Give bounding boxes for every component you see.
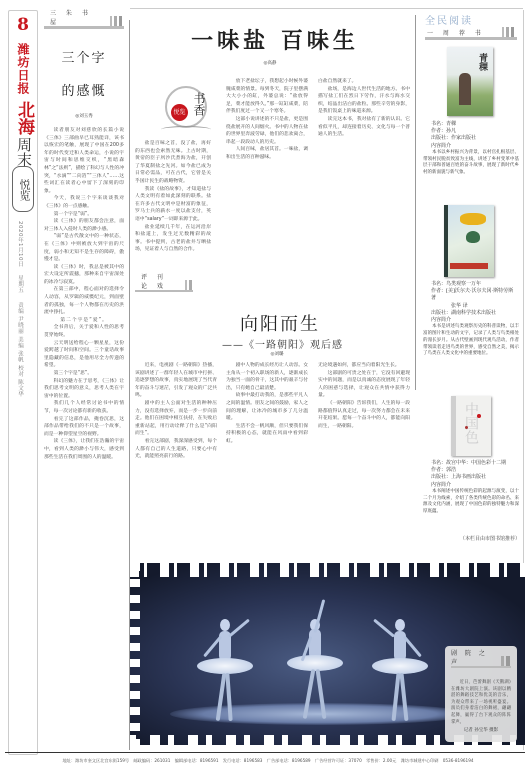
footer-ad-phone: 广告部电话：8196589 [267,758,311,763]
footer-price: 零售价：2.00元 [366,758,396,763]
theater-note-box: 剧 院 之 声 近日，芭蕾舞剧《天鹅湖》在潍坊大剧院上演。该剧以精湛的舞蹈技艺和… [445,646,517,742]
red-dot-icon [477,414,481,418]
paragraph: 科幻的魅力在于思考，《三体》让我们思考文明的意义，思考人类在宇宙中的位置。 [44,378,124,401]
dancer-figure [195,613,255,723]
paragraph: 故事中最打动我的，是那些平凡人之间的温情。朋友之间的鼓励，家人之间的理解，让冰冷… [226,392,308,422]
section-badge: 悦览 [12,166,34,212]
footer-postcode: 邮政编码：261031 [133,758,170,763]
paragraph: 全书背后，关于爱和人性的思考贯穿始终。 [44,324,124,339]
cover-title: 中国色 [461,402,481,444]
paragraph: 看完了这部作品，掩卷沉思，这部作品带给我们的不只是一个故事，而是一种仰望星空的视… [44,416,124,439]
cover-banner [450,263,488,269]
footer-ad-license: 广告经营许可证：37070 [315,758,362,763]
logo-red-seal: 悦览 [171,104,188,121]
article-body: 读者朋友对刘慈欣的长篇小说《三体》三部曲早已耳熟能详，该书以恢宏的笔触，展现了中… [44,127,124,755]
page-number: 8 [9,15,37,35]
paragraph: 《一路朝阳》告诉我们，人生的每一段路都值得认真走过，每一次努力都会在未来开花结果… [318,400,410,430]
column-divider [415,15,416,390]
paragraph: 在第三部中，程心面对的选择令人动容，从罗辑的威慑纪元，到面壁者的孤独，每一个人物… [44,286,124,316]
edition-red: 北海 [13,101,33,135]
book-translator: 张华 译 [423,303,519,310]
skyline-icon [497,27,517,37]
issue-weekday: 星期五 [17,275,23,293]
paragraph: 读者朋友对刘慈欣的长篇小说《三体》三部曲早已耳熟能详，该书以恢宏的笔触，展现了中… [44,127,124,195]
book-intro: 本书是讲述鸟类观察历史的科普读物，以丰富的图片和生动的文字，记录了人类与鸟类相处… [423,324,519,358]
section-band: 剧 院 之 声 [451,654,511,668]
review-subtitle: ——《一路朝阳》观后感 [222,336,372,351]
feature-byline: ◎高静 [250,60,290,66]
ballet-photo: 剧 院 之 声 近日，芭蕾舞剧《天鹅湖》在潍坊大剧院上演。该剧以精湛的舞蹈技艺和… [130,563,525,745]
footer-editorial-phone: 编辑部电话：8196591 [175,758,219,763]
dancer-figure [370,613,430,723]
paragraph: 读《三体》，让我们在浩瀚的宇宙中，看到人类的渺小与伟大，感受到那些生活在我们周围… [44,438,124,461]
paragraph: 盐场，是海边人世代生活的地方。书中描写盐工们在烈日下劳作，汗水与海水交织，结晶出… [318,86,410,116]
brush-edge [130,563,525,577]
footer-address: 地址：潍坊市奎文区北宫东街159号 [62,758,129,763]
book-info: 书名：青稞 作者：孙凡 出版社：作家出版社 内容简介 本书以乡村振兴为背景，以村… [423,121,519,177]
paragraph: 这部剧的可贵之处在于，它没有回避现实中的问题，而是以真诚的态度展现了年轻人的困惑… [318,370,410,400]
book-info: 书名：鸟类观察一万年 作者：[美]沃尔夫·沃尔夫冈·斯特劳斯 著 张华 译 出版… [423,281,519,358]
paper-name: 潍坊日报 [16,41,30,97]
masthead: 8 潍坊日报 北海 周末 悦览 2020年1月10日 星期五 责编 尹晓丽 美编… [8,10,38,755]
book-cover-qingke: 青稞 [447,47,493,116]
logo-text: 书香 [191,92,208,116]
paragraph: 近来，电视剧《一路朝阳》热播，该剧讲述了一群年轻人在城市中打拼、追逐梦想的故事，… [135,362,217,400]
section-band-label: 评 刊 论 戏 [141,272,180,290]
footer-rule [5,752,525,753]
review-title: 向阳而生 [220,310,340,336]
paragraph: 第二个字是“爱”。 [44,317,124,325]
edition-title: 北海 周末 [9,101,37,167]
book-publisher: 出版社：上海书画出版社 [423,474,519,481]
review-byline: ◎刘璐 [262,351,292,357]
right-section-header: 全民阅读 一 周 荐 书 [425,12,517,40]
paragraph: 第一个字是“弱”。 [44,211,124,219]
feature-column-2: 放下老盐坛子，我想起小时候外婆腌咸菜的情景。每到冬天，院子里摆满大大小小的缸，外… [226,78,308,265]
book-intro-label: 内容简介 [423,482,519,489]
left-article: 三 朱 书 屋 三个字 的感慨 ◎刘玉秀 读者朋友对刘慈欣的长篇小说《三体》三部… [44,14,124,755]
paragraph: 剧中的主人公面对生活的种种压力，没有选择放弃，而是一步一步向前走。他们在困境中相… [135,400,217,438]
article-title-line2: 的感慨 [44,80,124,99]
paragraph: 剧中人物的成长经历让人动容。女主角从一个初入职场的新人，逐渐成长为独当一面的骨干… [226,362,308,392]
photo-credit: 记者 孙宝华 摄影 [445,727,517,733]
paragraph: 读《三体》的朋友都会注意，面对三体人入侵时人类的渺小感。 [44,218,124,233]
byline: ◎刘玉秀 [44,113,124,119]
cover-title: 青稞 [476,53,489,71]
issue-meta: 2020年1月10日 星期五 责编 尹晓丽 美编 张帆 校对 陈文华 [16,221,24,403]
skyline-icon [497,656,511,666]
paragraph: 盐业延续几千年，在运河沿岸和盐道上，发生过无数精彩的故事。书中提到，古老的盐井与… [135,224,211,254]
edition-black: 周末 [13,137,33,167]
review-section-band: 评 刊 论 戏 [135,278,193,292]
footer: 地址：潍坊市奎文区北宫东街159号 邮政编码：261031 编辑部电话：8196… [12,758,524,764]
footer-distribution-phone: 发行电话：8196583 [223,758,263,763]
section-band-label: 剧 院 之 声 [451,648,497,666]
brush-edge [130,563,140,745]
book-info: 书名：故宫中华：中国色彩十二期 作者：郭浩 出版社：上海书画出版社 内容简介 本… [423,460,519,516]
paragraph: 人间百味，盐居其首。一味盐，调和出生活的百种滋味。 [226,146,308,161]
note-text: 近日，芭蕾舞剧《天鹅湖》在潍坊大剧院上演。该剧以精湛的舞蹈技艺和优美的音乐，为观… [451,680,511,726]
recommendation-footnote: （本栏目由市图书馆推荐） [440,535,520,542]
book-cover-chinese-colors: 中国色 [451,396,491,456]
page-border [130,8,523,9]
section-subtitle: 一 周 荐 书 [427,28,485,37]
bird-icon [466,231,480,243]
paragraph: 盐是百味之首，没了盐，再好的东西也会索然无味。上古时期，黄帝的臣子夙沙氏煮海为盐… [135,140,211,186]
book-author: 作者：[美]沃尔夫·沃尔夫冈·斯特劳斯 著 [423,288,519,302]
book-publisher: 出版社：作家出版社 [423,135,519,142]
red-dot-icon [465,426,468,429]
paragraph: “弱”是古代散文中的一种状态，在《三体》中则被放大到宇宙的尺度，弱小和无知不是生… [44,233,124,263]
review-column-2: 剧中人物的成长经历让人动容。女主角从一个初入职场的新人，逐渐成长为独当一面的骨干… [226,362,308,552]
paragraph: 今天，我说三个字来谈谈我对《三体》的一点感触。 [44,195,124,210]
book-icon [161,126,211,133]
book-intro: 本书以乡村振兴为背景，以村官扎根基层、带领村民脱贫致富为主线，讲述了乡村变革中基… [423,150,519,177]
section-band-label: 三 朱 书 屋 [50,8,105,26]
cover-spine [444,205,448,277]
paragraph: 云天明送给程心一颗星星，这份爱跨越了时间和空间。三个童话故事里隐藏的信息，是他用… [44,340,124,370]
paragraph: 生活不会一帆风顺，但只要我们保持积极的心态，就能在风雨中看到彩虹。 [226,423,308,446]
book-intro-label: 内容简介 [423,143,519,150]
paragraph: 白盐自然就来了。 [318,78,410,86]
section-title: 全民阅读 [425,12,517,27]
review-column-3: 无论境遇如何，都应当向着阳光生长。 这部剧的可贵之处在于，它没有回避现实中的问题… [318,362,410,552]
dancer-figure [285,603,345,713]
feature-column-3: 白盐自然就来了。 盐场，是海边人世代生活的地方。书中描写盐工们在烈日下劳作，汗水… [318,78,410,265]
paragraph: 这部小说讲述的不只是盐，更是围绕盐展开的人间烟火。书中的人物在盐的世界里奔波劳碌… [226,116,308,146]
paragraph: 第三个字是“思”。 [44,370,124,378]
cover-spine [451,396,456,456]
cover-title-block [460,213,486,225]
skyline-icon [180,280,193,290]
feature-title: 一味盐 百味生 [190,24,360,55]
book-intro: 本书阐述中国传统色彩的起源与演变，以十二个月为线索，介绍了各类传统色彩的命名、来… [423,489,519,516]
paragraph: 无论境遇如何，都应当向着阳光生长。 [318,362,410,370]
paragraph: 放下老盐坛子，我想起小时候外婆腌咸菜的情景。每到冬天，院子里摆满大大小小的缸，外… [226,78,308,116]
paragraph: 看完这部剧，我深深感受到，每个人都有自己的人生道路，只要心中有光，就能照亮前行的… [135,438,217,461]
issue-credits: 责编 尹晓丽 美编 张帆 校对 陈文华 [17,302,23,397]
paragraph: 读完这本书，我对盐有了新的认识。它看似平凡，却连接着历史、文化与每一个普通人的生… [318,116,410,139]
paragraph: 读《三体》时，我总是被其中的宏大设定所震撼，那种来自宇宙深处的冰冷与寂寞。 [44,264,124,287]
section-band: 三 朱 书 屋 [44,14,124,29]
skyline-icon [105,16,124,26]
footer-printer: 潍坊市城建中心印刷 0536-8196194 [401,758,474,763]
paragraph: 我读《盐的故事》，才知道盐与人类文明有着如此深刻的联系。盐在许多古代文明中是财富… [135,186,211,224]
review-column-1: 近来，电视剧《一路朝阳》热播，该剧讲述了一群年轻人在城市中打拼、追逐梦想的故事，… [135,362,217,552]
book-publisher: 出版社：湖南科学技术出版社 [423,310,519,317]
article-title-line1: 三个字 [44,47,124,66]
feature-column-1: 盐是百味之首，没了盐，再好的东西也会索然无味。上古时期，黄帝的臣子夙沙氏煮海为盐… [135,140,211,265]
paragraph: 我们几个人经常讨论书中的情节，每一次讨论都有新的收获。 [44,400,124,415]
cover-figure [459,73,471,105]
issue-date: 2020年1月10日 [17,221,23,267]
book-cover-birds [444,205,494,277]
